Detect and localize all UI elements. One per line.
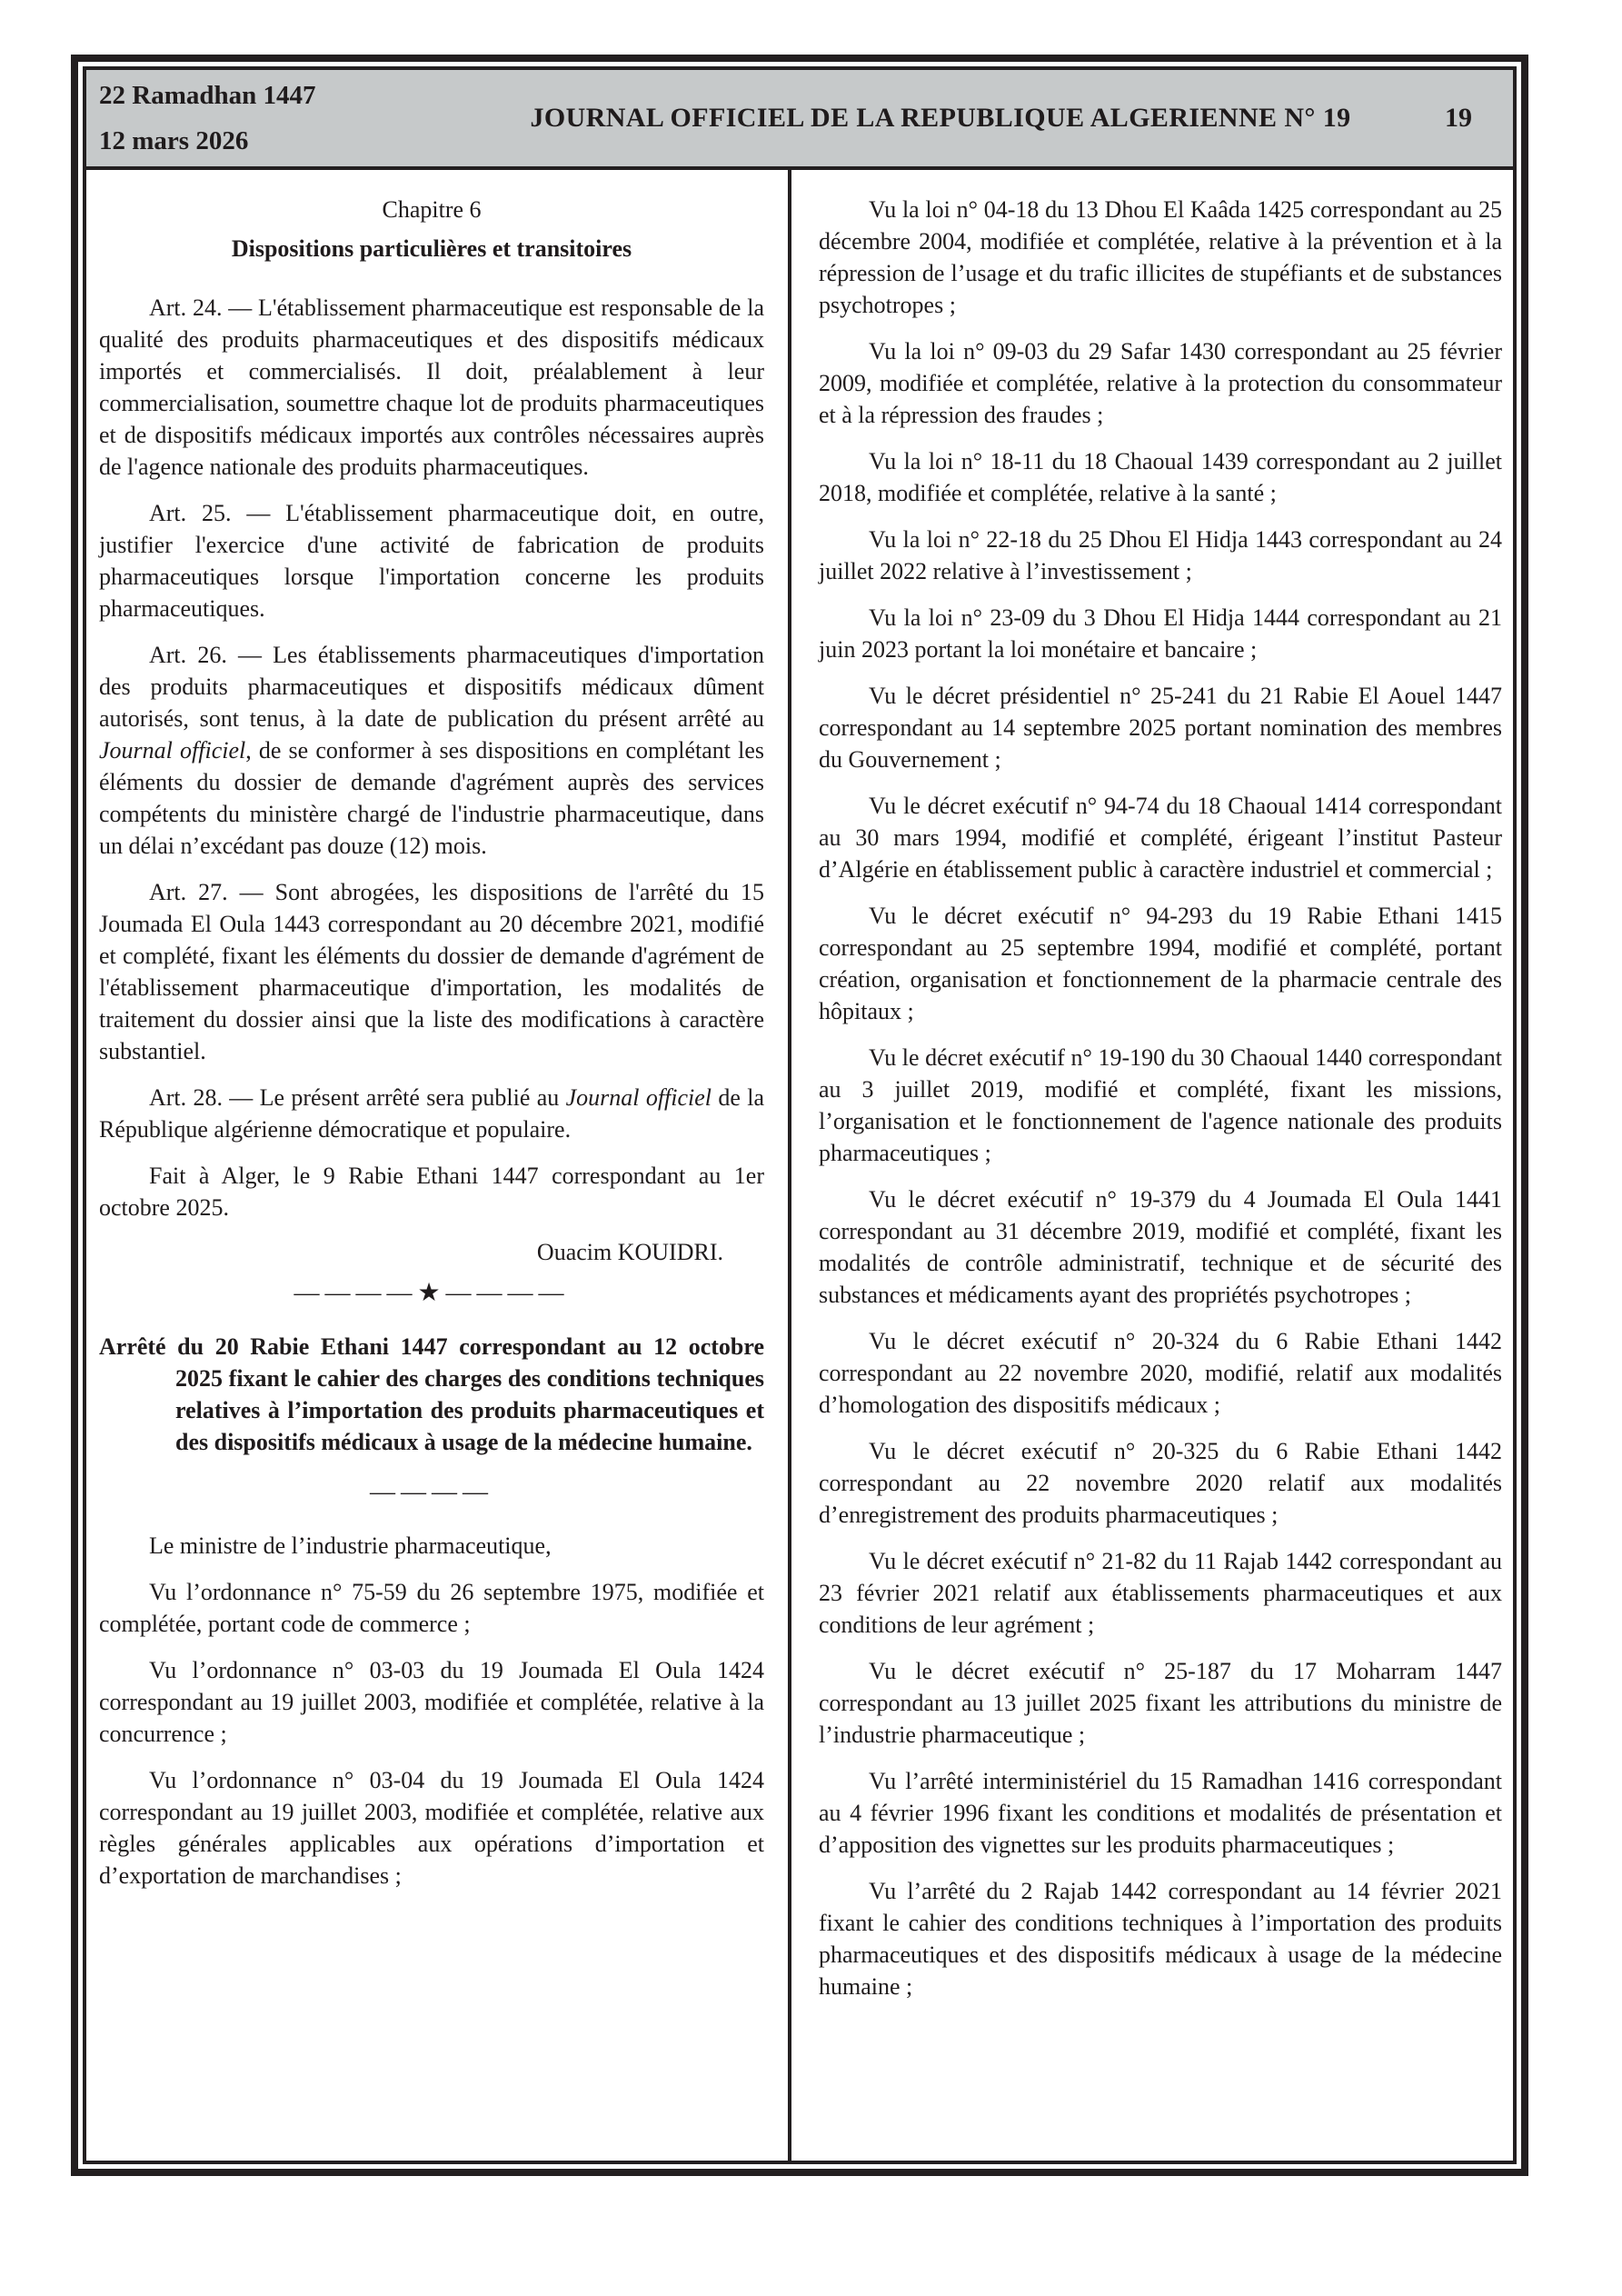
visa-right-16: Vu l’arrêté du 2 Rajab 1442 correspondan… [819, 1875, 1502, 2002]
visa-right-2: Vu la loi n° 09-03 du 29 Safar 1430 corr… [819, 335, 1502, 431]
visa-right-4: Vu la loi n° 22-18 du 25 Dhou El Hidja 1… [819, 524, 1502, 587]
article-28-journal-officiel: Journal officiel [566, 1084, 711, 1111]
visa-right-5: Vu la loi n° 23-09 du 3 Dhou El Hidja 14… [819, 602, 1502, 665]
visa-right-6: Vu le décret présidentiel n° 25-241 du 2… [819, 680, 1502, 775]
page-body: Chapitre 6 Dispositions particulières et… [86, 170, 1513, 2161]
page-number: 19 [1404, 103, 1513, 134]
visa-left-3: Vu l’ordonnance n° 03-04 du 19 Joumada E… [99, 1764, 764, 1892]
journal-title: JOURNAL OFFICIEL DE LA REPUBLIQUE ALGERI… [477, 103, 1404, 134]
page-frame-inner: 22 Ramadhan 1447 12 mars 2026 JOURNAL OF… [83, 66, 1517, 2164]
visa-right-14: Vu le décret exécutif n° 25-187 du 17 Mo… [819, 1655, 1502, 1751]
right-column: Vu la loi n° 04-18 du 13 Dhou El Kaâda 1… [791, 170, 1513, 2161]
visa-right-3: Vu la loi n° 18-11 du 18 Chaoual 1439 co… [819, 445, 1502, 509]
dash-separator: ———— [99, 1476, 764, 1508]
visa-left-1: Vu l’ordonnance n° 75-59 du 26 septembre… [99, 1576, 764, 1640]
date-hijri: 22 Ramadhan 1447 [99, 73, 477, 118]
visa-right-12: Vu le décret exécutif n° 20-325 du 6 Rab… [819, 1435, 1502, 1531]
article-26-pre: Art. 26. — Les établissements pharmaceut… [99, 642, 764, 732]
page-frame: 22 Ramadhan 1447 12 mars 2026 JOURNAL OF… [71, 55, 1528, 2176]
date-gregorian: 12 mars 2026 [99, 118, 477, 164]
visa-right-10: Vu le décret exécutif n° 19-379 du 4 Jou… [819, 1183, 1502, 1311]
arrete-heading: Arrêté du 20 Rabie Ethani 1447 correspon… [99, 1331, 764, 1458]
visa-right-1: Vu la loi n° 04-18 du 13 Dhou El Kaâda 1… [819, 194, 1502, 321]
article-27: Art. 27. — Sont abrogées, les dispositio… [99, 876, 764, 1067]
visa-right-9: Vu le décret exécutif n° 19-190 du 30 Ch… [819, 1042, 1502, 1169]
journal-header: 22 Ramadhan 1447 12 mars 2026 JOURNAL OF… [86, 70, 1513, 170]
visa-right-15: Vu l’arrêté interministériel du 15 Ramad… [819, 1765, 1502, 1861]
visa-right-7: Vu le décret exécutif n° 94-74 du 18 Cha… [819, 790, 1502, 885]
signoff-line: Fait à Alger, le 9 Rabie Ethani 1447 cor… [99, 1160, 764, 1223]
visa-right-8: Vu le décret exécutif n° 94-293 du 19 Ra… [819, 900, 1502, 1027]
star-separator: ————★———— [99, 1277, 764, 1309]
article-28-pre: Art. 28. — Le présent arrêté sera publié… [149, 1084, 566, 1111]
visa-left-2: Vu l’ordonnance n° 03-03 du 19 Joumada E… [99, 1654, 764, 1750]
left-column: Chapitre 6 Dispositions particulières et… [86, 170, 788, 2161]
minister-signature: Ouacim KOUIDRI. [99, 1236, 764, 1268]
article-25: Art. 25. — L'établissement pharmaceutiqu… [99, 497, 764, 624]
visa-right-13: Vu le décret exécutif n° 21-82 du 11 Raj… [819, 1545, 1502, 1641]
article-28: Art. 28. — Le présent arrêté sera publié… [99, 1082, 764, 1145]
article-24: Art. 24. — L'établissement pharmaceutiqu… [99, 292, 764, 483]
article-26: Art. 26. — Les établissements pharmaceut… [99, 639, 764, 862]
chapter-label: Chapitre 6 [99, 194, 764, 225]
visa-right-11: Vu le décret exécutif n° 20-324 du 6 Rab… [819, 1325, 1502, 1421]
header-dates: 22 Ramadhan 1447 12 mars 2026 [86, 73, 477, 164]
chapter-title: Dispositions particulières et transitoir… [99, 233, 764, 265]
minister-line: Le ministre de l’industrie pharmaceutiqu… [99, 1530, 764, 1562]
article-26-journal-officiel: Journal officiel [99, 737, 245, 764]
